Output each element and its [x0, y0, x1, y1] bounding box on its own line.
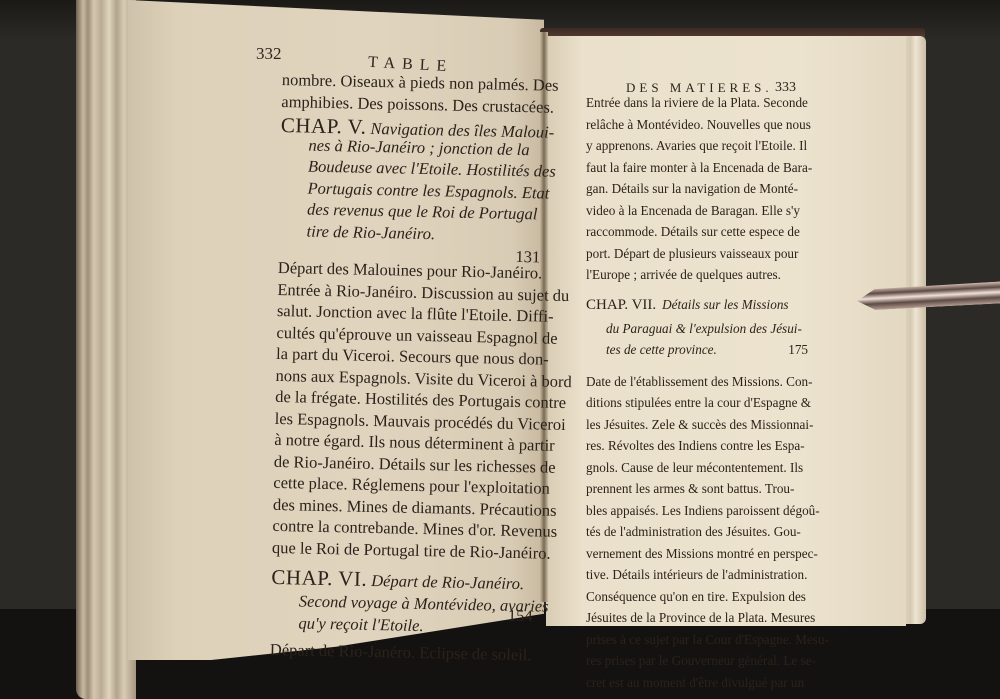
- text: l'Europe ; arrivée de quelques autres.: [586, 268, 781, 290]
- text-line: Conséquence qu'on en tire. Expulsion des: [586, 590, 808, 612]
- chapter-title-end: qu'y reçoit l'Etoile.: [298, 613, 423, 635]
- text: Entrée dans la riviere de la Plata. Seco…: [586, 96, 808, 118]
- text: relâche à Montévideo. Nouvelles que nous: [586, 118, 811, 140]
- text: Date de l'établissement des Missions. Co…: [586, 375, 813, 397]
- text-line: port. Départ de plusieurs vaisseaux pour: [586, 247, 808, 269]
- text: gan. Détails sur la navigation de Monté-: [586, 182, 798, 204]
- text: tés de l'administration des Jésuites. Go…: [586, 525, 801, 547]
- text-line: tes de cette province. 175: [586, 343, 808, 365]
- text-line: raccommode. Détails sur cette espece de: [586, 225, 808, 247]
- chapter-heading: CHAP. VII. Détails sur les Missions: [586, 290, 808, 322]
- page-reference: 131: [515, 249, 540, 266]
- text-line: Jésuites de la Province de la Plata. Mes…: [586, 611, 808, 633]
- text: bles appaisés. Les Indiens paroissent dé…: [586, 504, 820, 526]
- text-line: vernement des Missions montré en perspec…: [586, 547, 808, 569]
- chapter-title: Détails sur les Missions: [662, 298, 788, 322]
- text: prises à ce sujet par la Cour d'Espagne.…: [586, 633, 829, 655]
- text: res prises par le Gouverneur général. Le…: [586, 654, 816, 676]
- text-line: tés de l'administration des Jésuites. Go…: [586, 525, 808, 547]
- text: ditions stipulées entre la cour d'Espagn…: [586, 396, 811, 418]
- right-running-title: DES MATIERES.: [626, 80, 773, 96]
- text-line: Départ de Rio-Janéro. Eclipse de soleil.: [270, 636, 533, 669]
- text-line: du Paraguai & l'expulsion des Jésui-: [586, 322, 808, 344]
- text-line: bles appaisés. Les Indiens paroissent dé…: [586, 504, 808, 526]
- chapter-title: Départ de Rio-Janéiro.: [371, 571, 524, 593]
- text: video à la Encenada de Baragan. Elle s'y: [586, 204, 800, 226]
- text: tive. Détails intérieurs de l'administra…: [586, 568, 807, 590]
- text-line: gan. Détails sur la navigation de Monté-: [586, 182, 808, 204]
- text: res. Révoltes des Indiens contre les Esp…: [586, 439, 805, 461]
- right-page-body: Entrée dans la riviere de la Plata. Seco…: [586, 96, 808, 697]
- text: les Jésuites. Zele & succès des Missionn…: [586, 418, 813, 440]
- text-line: y apprenons. Avaries que reçoit l'Etoile…: [586, 139, 808, 161]
- text: raccommode. Détails sur cette espece de: [586, 225, 800, 247]
- text-line: res prises par le Gouverneur général. Le…: [586, 654, 808, 676]
- text-line: ditions stipulées entre la cour d'Espagn…: [586, 396, 808, 418]
- text-line: Entrée dans la riviere de la Plata. Seco…: [586, 96, 808, 118]
- chapter-label: CHAP. VII.: [586, 298, 656, 322]
- text: Conséquence qu'on en tire. Expulsion des: [586, 590, 806, 612]
- chapter-label: CHAP. VI.: [271, 565, 367, 591]
- text: vernement des Missions montré en perspec…: [586, 547, 818, 569]
- text-line: les Jésuites. Zele & succès des Missionn…: [586, 418, 808, 440]
- text-line: relâche à Montévideo. Nouvelles que nous: [586, 118, 808, 140]
- text: faut la faire monter à la Encenada de Ba…: [586, 161, 812, 183]
- text: du Paraguai & l'expulsion des Jésui-: [606, 322, 802, 344]
- text: port. Départ de plusieurs vaisseaux pour: [586, 247, 798, 269]
- page-reference: 175: [788, 343, 808, 365]
- page-reference: 154: [508, 607, 533, 624]
- text-line: res. Révoltes des Indiens contre les Esp…: [586, 439, 808, 461]
- text: Jésuites de la Province de la Plata. Mes…: [586, 611, 815, 633]
- text: y apprenons. Avaries que reçoit l'Etoile…: [586, 139, 807, 161]
- text-line: video à la Encenada de Baragan. Elle s'y: [586, 204, 808, 226]
- text-line: l'Europe ; arrivée de quelques autres.: [586, 268, 808, 290]
- text: cret est au moment d'être divulgué par u…: [586, 676, 804, 698]
- text-line: tive. Détails intérieurs de l'administra…: [586, 568, 808, 590]
- text: prennent les armes & sont battus. Trou-: [586, 482, 794, 504]
- text-line: prennent les armes & sont battus. Trou-: [586, 482, 808, 504]
- book-page-edges-left: [76, 0, 136, 699]
- left-page-number: 332: [256, 44, 282, 64]
- text-line: prises à ce sujet par la Cour d'Espagne.…: [586, 633, 808, 655]
- text: gnols. Cause de leur mécontentement. Ils: [586, 461, 803, 483]
- left-page-body: nombre. Oiseaux à pieds non palmés. Des …: [270, 72, 544, 669]
- chapter-title-end: tes de cette province.: [606, 343, 717, 365]
- text-line: gnols. Cause de leur mécontentement. Ils: [586, 461, 808, 483]
- text-line: faut la faire monter à la Encenada de Ba…: [586, 161, 808, 183]
- right-page-number: 333: [775, 80, 796, 96]
- text-line: Date de l'établissement des Missions. Co…: [586, 365, 808, 397]
- text-line: cret est au moment d'être divulgué par u…: [586, 676, 808, 698]
